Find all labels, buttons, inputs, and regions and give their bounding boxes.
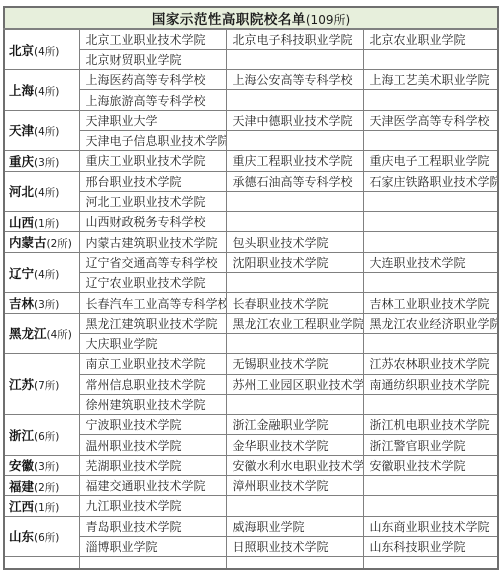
empty-cell [363, 394, 498, 414]
empty-cell [79, 557, 226, 561]
province-count: (3所) [34, 461, 59, 473]
school-cell: 天津电子信息职业技术学院 [79, 130, 226, 150]
province-name: 浙江 [9, 428, 34, 443]
school-cell: 承德石油高等专科学校 [226, 171, 363, 191]
school-cell: 常州信息职业技术学院 [79, 374, 226, 394]
province-count: (1所) [34, 502, 59, 514]
province-count: (4所) [34, 269, 59, 281]
table-body: 北京(4所)北京工业职业技术学院北京电子科技职业学院北京农业职业学院北京财贸职业… [4, 29, 498, 561]
province-cell: 上海(4所) [4, 70, 79, 111]
table-row: 上海旅游高等专科学校 [4, 90, 498, 110]
school-cell: 天津医学高等专科学校 [363, 110, 498, 130]
empty-cell [226, 557, 363, 561]
school-cell: 上海旅游高等专科学校 [79, 90, 226, 110]
school-cell: 北京电子科技职业学院 [226, 29, 363, 49]
table-row: 辽宁农业职业技术学院 [4, 273, 498, 293]
province-count: (7所) [34, 380, 59, 392]
province-name: 吉林 [9, 296, 34, 311]
province-count: (4所) [34, 126, 59, 138]
province-count: (6所) [34, 532, 59, 544]
empty-cell [363, 130, 498, 150]
school-cell: 福建交通职业技术学院 [79, 476, 226, 496]
school-cell: 漳州职业技术学院 [226, 476, 363, 496]
table-row: 上海(4所)上海医药高等专科学校上海公安高等专科学校上海工艺美术职业学院 [4, 70, 498, 90]
province-count: (4所) [47, 329, 72, 341]
table-row: 江苏(7所)南京工业职业技术学院无锡职业技术学院江苏农林职业技术学院 [4, 354, 498, 374]
school-cell: 重庆工业职业技术学院 [79, 151, 226, 171]
school-cell: 山东科技职业学院 [363, 536, 498, 556]
province-count: (3所) [34, 299, 59, 311]
table-row: 辽宁(4所)辽宁省交通高等专科学校沈阳职业技术学院大连职业技术学院 [4, 252, 498, 272]
school-cell: 山西财政税务专科学校 [79, 212, 226, 232]
table-row: 河北(4所)邢台职业技术学院承德石油高等专科学校石家庄铁路职业技术学院 [4, 171, 498, 191]
province-count: (2所) [34, 482, 59, 494]
school-cell: 重庆工程职业技术学院 [226, 151, 363, 171]
table-row: 江西(1所)九江职业技术学院 [4, 496, 498, 516]
school-cell: 内蒙古建筑职业技术学院 [79, 232, 226, 252]
empty-cell [226, 130, 363, 150]
empty-cell [226, 394, 363, 414]
school-cell: 南京工业职业技术学院 [79, 354, 226, 374]
school-cell: 上海医药高等专科学校 [79, 70, 226, 90]
province-name: 重庆 [9, 154, 34, 169]
empty-cell [363, 333, 498, 353]
school-cell: 大庆职业学院 [79, 333, 226, 353]
school-cell: 淄博职业学院 [79, 536, 226, 556]
table-row: 浙江(6所)宁波职业技术学院浙江金融职业学院浙江机电职业技术学院 [4, 415, 498, 435]
table-row: 大庆职业学院 [4, 333, 498, 353]
school-cell: 浙江机电职业技术学院 [363, 415, 498, 435]
school-cell: 浙江警官职业学院 [363, 435, 498, 455]
school-cell: 九江职业技术学院 [79, 496, 226, 516]
school-cell: 日照职业技术学院 [226, 536, 363, 556]
province-count: (6所) [34, 431, 59, 443]
school-cell: 天津中德职业技术学院 [226, 110, 363, 130]
empty-cell [363, 273, 498, 293]
school-cell: 芜湖职业技术学院 [79, 455, 226, 475]
school-cell: 河北工业职业技术学院 [79, 191, 226, 211]
table-row: 黑龙江(4所)黑龙江建筑职业技术学院黑龙江农业工程职业学院黑龙江农业经济职业学院 [4, 313, 498, 333]
title-text: 国家示范性高职院校名单 [152, 12, 306, 28]
table-row: 常州信息职业技术学院苏州工业园区职业技术学院南通纺织职业技术学院 [4, 374, 498, 394]
province-cell: 重庆(3所) [4, 151, 79, 171]
school-cell: 大连职业技术学院 [363, 252, 498, 272]
province-cell: 辽宁(4所) [4, 252, 79, 293]
table-row: 徐州建筑职业技术学院 [4, 394, 498, 414]
province-cell: 江西(1所) [4, 496, 79, 516]
school-cell: 上海公安高等专科学校 [226, 70, 363, 90]
province-cell: 内蒙古(2所) [4, 232, 79, 252]
province-name: 安徽 [9, 458, 34, 473]
school-cell: 石家庄铁路职业技术学院 [363, 171, 498, 191]
table-row: 福建(2所)福建交通职业技术学院漳州职业技术学院 [4, 476, 498, 496]
empty-cell [363, 476, 498, 496]
empty-cell [226, 496, 363, 516]
table-row: 山东(6所)青岛职业技术学院威海职业学院山东商业职业技术学院 [4, 516, 498, 536]
school-cell: 长春汽车工业高等专科学校 [79, 293, 226, 313]
empty-cell [4, 557, 79, 561]
table-row: 北京财贸职业学院 [4, 49, 498, 69]
title-count: (109所) [306, 13, 350, 27]
province-name: 黑龙江 [9, 326, 47, 341]
empty-cell [363, 49, 498, 69]
province-cell: 黑龙江(4所) [4, 313, 79, 354]
table-row: 北京(4所)北京工业职业技术学院北京电子科技职业学院北京农业职业学院 [4, 29, 498, 49]
school-cell: 黑龙江建筑职业技术学院 [79, 313, 226, 333]
province-name: 江西 [9, 499, 34, 514]
province-name: 上海 [9, 83, 34, 98]
school-cell: 天津职业大学 [79, 110, 226, 130]
province-cell: 江苏(7所) [4, 354, 79, 415]
province-name: 河北 [9, 184, 34, 199]
school-cell: 辽宁省交通高等专科学校 [79, 252, 226, 272]
school-cell: 金华职业技术学院 [226, 435, 363, 455]
school-cell: 徐州建筑职业技术学院 [79, 394, 226, 414]
table-row: 河北工业职业技术学院 [4, 191, 498, 211]
empty-cell [363, 232, 498, 252]
province-cell: 安徽(3所) [4, 455, 79, 475]
school-cell: 重庆电子工程职业学院 [363, 151, 498, 171]
school-cell: 邢台职业技术学院 [79, 171, 226, 191]
table-row: 淄博职业学院日照职业技术学院山东科技职业学院 [4, 536, 498, 556]
province-name: 内蒙古 [9, 235, 47, 250]
province-name: 辽宁 [9, 266, 34, 281]
province-count: (3所) [34, 157, 59, 169]
school-cell: 宁波职业技术学院 [79, 415, 226, 435]
school-cell: 辽宁农业职业技术学院 [79, 273, 226, 293]
school-cell: 北京农业职业学院 [363, 29, 498, 49]
school-cell: 安徽职业技术学院 [363, 455, 498, 475]
table-row: 吉林(3所)长春汽车工业高等专科学校长春职业技术学院吉林工业职业技术学院 [4, 293, 498, 313]
empty-cell [363, 557, 498, 561]
province-name: 山东 [9, 529, 34, 544]
school-cell: 威海职业学院 [226, 516, 363, 536]
college-list-table: 国家示范性高职院校名单(109所) 北京(4所)北京工业职业技术学院北京电子科技… [3, 6, 499, 561]
province-cell: 山西(1所) [4, 212, 79, 232]
province-count: (4所) [34, 86, 59, 98]
province-count: (2所) [47, 238, 72, 250]
school-cell: 青岛职业技术学院 [79, 516, 226, 536]
school-cell: 浙江金融职业学院 [226, 415, 363, 435]
province-count: (4所) [34, 187, 59, 199]
school-cell: 安徽水利水电职业技术学院 [226, 455, 363, 475]
empty-cell [363, 90, 498, 110]
empty-cell [363, 191, 498, 211]
province-cell: 北京(4所) [4, 29, 79, 70]
truncated-row [4, 557, 498, 561]
empty-cell [226, 191, 363, 211]
table-row: 重庆(3所)重庆工业职业技术学院重庆工程职业技术学院重庆电子工程职业学院 [4, 151, 498, 171]
province-count: (1所) [34, 218, 59, 230]
province-name: 天津 [9, 123, 34, 138]
province-cell: 浙江(6所) [4, 415, 79, 456]
empty-cell [226, 49, 363, 69]
empty-cell [363, 212, 498, 232]
table-row: 内蒙古(2所)内蒙古建筑职业技术学院包头职业技术学院 [4, 232, 498, 252]
province-name: 江苏 [9, 377, 34, 392]
school-cell: 山东商业职业技术学院 [363, 516, 498, 536]
school-cell: 北京工业职业技术学院 [79, 29, 226, 49]
table-row: 天津(4所)天津职业大学天津中德职业技术学院天津医学高等专科学校 [4, 110, 498, 130]
province-count: (4所) [34, 46, 59, 58]
province-cell: 吉林(3所) [4, 293, 79, 313]
table-row: 天津电子信息职业技术学院 [4, 130, 498, 150]
empty-cell [226, 90, 363, 110]
header-row: 国家示范性高职院校名单(109所) [4, 7, 498, 29]
school-cell: 黑龙江农业工程职业学院 [226, 313, 363, 333]
school-cell: 无锡职业技术学院 [226, 354, 363, 374]
province-name: 福建 [9, 479, 34, 494]
school-cell: 南通纺织职业技术学院 [363, 374, 498, 394]
table-row: 安徽(3所)芜湖职业技术学院安徽水利水电职业技术学院安徽职业技术学院 [4, 455, 498, 475]
province-name: 山西 [9, 215, 34, 230]
province-cell: 天津(4所) [4, 110, 79, 151]
empty-cell [363, 496, 498, 516]
school-cell: 沈阳职业技术学院 [226, 252, 363, 272]
empty-cell [226, 212, 363, 232]
school-cell: 包头职业技术学院 [226, 232, 363, 252]
school-cell: 北京财贸职业学院 [79, 49, 226, 69]
province-cell: 山东(6所) [4, 516, 79, 557]
province-cell: 福建(2所) [4, 476, 79, 496]
table-row: 山西(1所)山西财政税务专科学校 [4, 212, 498, 232]
province-name: 北京 [9, 43, 34, 58]
college-list-table-container: 国家示范性高职院校名单(109所) 北京(4所)北京工业职业技术学院北京电子科技… [3, 6, 497, 561]
empty-cell [226, 273, 363, 293]
school-cell: 温州职业技术学院 [79, 435, 226, 455]
school-cell: 吉林工业职业技术学院 [363, 293, 498, 313]
table-row: 温州职业技术学院金华职业技术学院浙江警官职业学院 [4, 435, 498, 455]
table-title: 国家示范性高职院校名单(109所) [4, 7, 498, 29]
school-cell: 上海工艺美术职业学院 [363, 70, 498, 90]
school-cell: 江苏农林职业技术学院 [363, 354, 498, 374]
school-cell: 长春职业技术学院 [226, 293, 363, 313]
empty-cell [226, 333, 363, 353]
province-cell: 河北(4所) [4, 171, 79, 212]
school-cell: 苏州工业园区职业技术学院 [226, 374, 363, 394]
school-cell: 黑龙江农业经济职业学院 [363, 313, 498, 333]
